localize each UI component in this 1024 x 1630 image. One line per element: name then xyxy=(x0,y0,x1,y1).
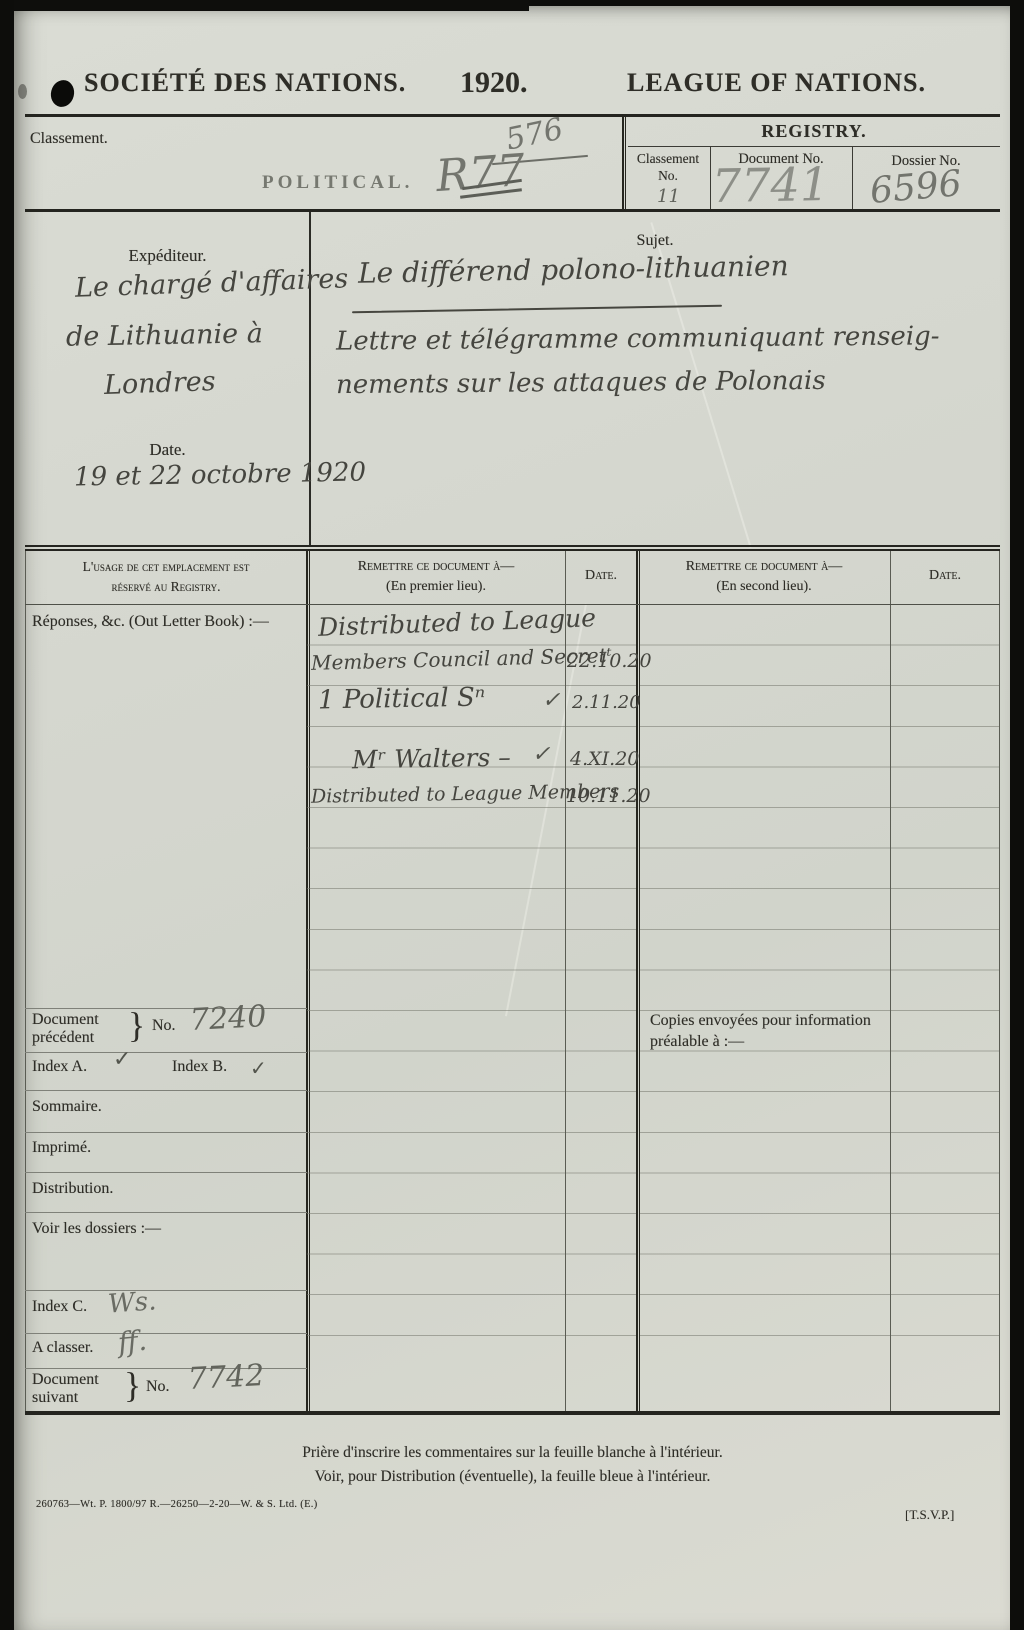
date-label: Date. xyxy=(25,440,310,460)
tsvp-note: [T.S.V.P.] xyxy=(905,1507,954,1523)
document-precedent-line2: précédent xyxy=(32,1029,99,1047)
registry-document-no-value: 7741 xyxy=(712,161,830,209)
table-header-col1: L'usage de cet emplacement est réservé a… xyxy=(30,557,302,598)
registry-dossier-no-value: 6596 xyxy=(869,166,963,210)
field-line xyxy=(25,1368,307,1369)
remettre-header-2: Remettre ce document à— xyxy=(640,557,888,577)
table-bottom-rule xyxy=(25,1411,1000,1415)
table-header-col4: Remettre ce document à— (En second lieu)… xyxy=(640,557,888,598)
table-border-right xyxy=(999,551,1000,1412)
index-c-label: Index C. xyxy=(32,1298,87,1316)
table-header-date1: Date. xyxy=(566,568,636,584)
document-precedent-line1: Document xyxy=(32,1011,99,1029)
distribution-label: Distribution. xyxy=(32,1180,113,1198)
sujet-line1: Lettre et télégramme communiquant rensei… xyxy=(336,323,940,354)
horizontal-rule xyxy=(25,114,1000,117)
table-header-col1-line1: L'usage de cet emplacement est xyxy=(30,557,302,577)
brace-glyph: } xyxy=(128,1007,145,1043)
entry-date: 22.10.20 xyxy=(567,652,652,671)
field-line xyxy=(25,1290,307,1291)
table-header-col1-line2: réservé au Registry. xyxy=(30,577,302,597)
document-precedent-label: Document précédent xyxy=(32,1011,99,1048)
date-value: 19 et 22 octobre 1920 xyxy=(74,459,366,490)
title-league-of-nations: LEAGUE OF NATIONS. xyxy=(627,68,926,98)
ruled-rows-date2 xyxy=(891,605,999,1373)
entry-date: 2.11.20 xyxy=(572,694,641,712)
title-year: 1920. xyxy=(460,66,528,100)
copies-envoyees-note: Copies envoyées pour information préalab… xyxy=(650,1011,871,1053)
entry-checkmark: ✓ xyxy=(542,690,560,712)
registry-title: REGISTRY. xyxy=(628,121,1000,142)
document-suivant-value: 7742 xyxy=(187,1361,265,1395)
footer-note-line1: Prière d'inscrire les commentaires sur l… xyxy=(25,1444,1000,1462)
scanned-registry-card: { "header": { "title_fr": "SOCIÉTÉ DES N… xyxy=(0,0,1024,1630)
brace-glyph: } xyxy=(124,1367,141,1403)
registry-divider xyxy=(628,146,1000,147)
index-a-label: Index A. xyxy=(32,1058,87,1076)
remettre-header-1: Remettre ce document à— xyxy=(310,557,562,577)
field-line xyxy=(25,1132,307,1133)
entry-date: 4.XI.20 xyxy=(570,750,639,769)
document-precedent-no-label: No. xyxy=(152,1017,176,1035)
reponses-label: Réponses, &c. (Out Letter Book) :— xyxy=(32,613,269,631)
ruled-rows-second-lieu xyxy=(640,605,890,1373)
a-classer-value: ff. xyxy=(117,1327,149,1358)
voir-les-dossiers-label: Voir les dossiers :— xyxy=(32,1220,161,1238)
field-line xyxy=(25,1172,307,1173)
index-b-label: Index B. xyxy=(172,1058,227,1076)
registry-classement-no-label: Classement No. xyxy=(626,151,710,185)
document-suivant-line2: suivant xyxy=(32,1389,99,1407)
index-a-checkmark: ✓ xyxy=(113,1047,131,1072)
entry-text: 1 Political Sⁿ xyxy=(318,685,486,714)
registry-classement-no-value: 11 xyxy=(657,188,680,206)
horizontal-rule xyxy=(25,209,1000,212)
document-suivant-label: Document suivant xyxy=(32,1371,99,1408)
sommaire-label: Sommaire. xyxy=(32,1098,102,1116)
sujet-line2: nements sur les attaques de Polonais xyxy=(336,368,826,398)
premier-lieu-label: (En premier lieu). xyxy=(310,577,562,597)
second-lieu-label: (En second lieu). xyxy=(640,577,888,597)
ruled-rows-premier-lieu xyxy=(307,605,565,1373)
field-line xyxy=(25,1333,307,1334)
entry-date: 10.11.20 xyxy=(566,787,651,806)
field-line xyxy=(25,1052,307,1053)
imprime-label: Imprimé. xyxy=(32,1139,91,1157)
sujet-label: Sujet. xyxy=(310,232,1000,250)
expediteur-value-line3: Londres xyxy=(104,368,216,399)
table-header-date2: Date. xyxy=(891,568,999,584)
political-stamp: POLITICAL. xyxy=(262,172,413,194)
index-c-value: Ws. xyxy=(107,1288,157,1317)
document-suivant-line1: Document xyxy=(32,1371,99,1389)
field-line xyxy=(25,1212,307,1213)
sujet-title: Le différend polono-lithuanien xyxy=(358,252,789,288)
classement-label: Classement. xyxy=(30,130,108,148)
field-line xyxy=(25,1090,307,1091)
copies-line2: préalable à :— xyxy=(650,1032,871,1053)
entry-text: Mʳ Walters – xyxy=(352,745,511,773)
copies-line1: Copies envoyées pour information xyxy=(650,1011,871,1032)
scan-edge-artifact xyxy=(14,0,529,11)
entry-checkmark: ✓ xyxy=(532,744,550,766)
title-societe-des-nations: SOCIÉTÉ DES NATIONS. xyxy=(84,68,406,98)
double-rule xyxy=(25,545,1000,551)
ruled-rows-date1 xyxy=(566,605,636,1373)
index-b-checkmark: ✓ xyxy=(250,1056,267,1080)
document-precedent-value: 7240 xyxy=(189,1002,267,1036)
a-classer-label: A classer. xyxy=(32,1339,93,1357)
expediteur-value-line2: de Lithuanie à xyxy=(66,320,263,350)
footer-note-line2: Voir, pour Distribution (éventuelle), la… xyxy=(25,1468,1000,1486)
table-header-col2: Remettre ce document à— (En premier lieu… xyxy=(310,557,562,598)
table-border-left xyxy=(25,551,26,1412)
printer-code: 260763—Wt. P. 1800/97 R.—26250—2-20—W. &… xyxy=(36,1499,318,1510)
document-suivant-no-label: No. xyxy=(146,1378,170,1396)
ink-smudge xyxy=(18,84,27,99)
expediteur-label: Expéditeur. xyxy=(25,246,310,266)
